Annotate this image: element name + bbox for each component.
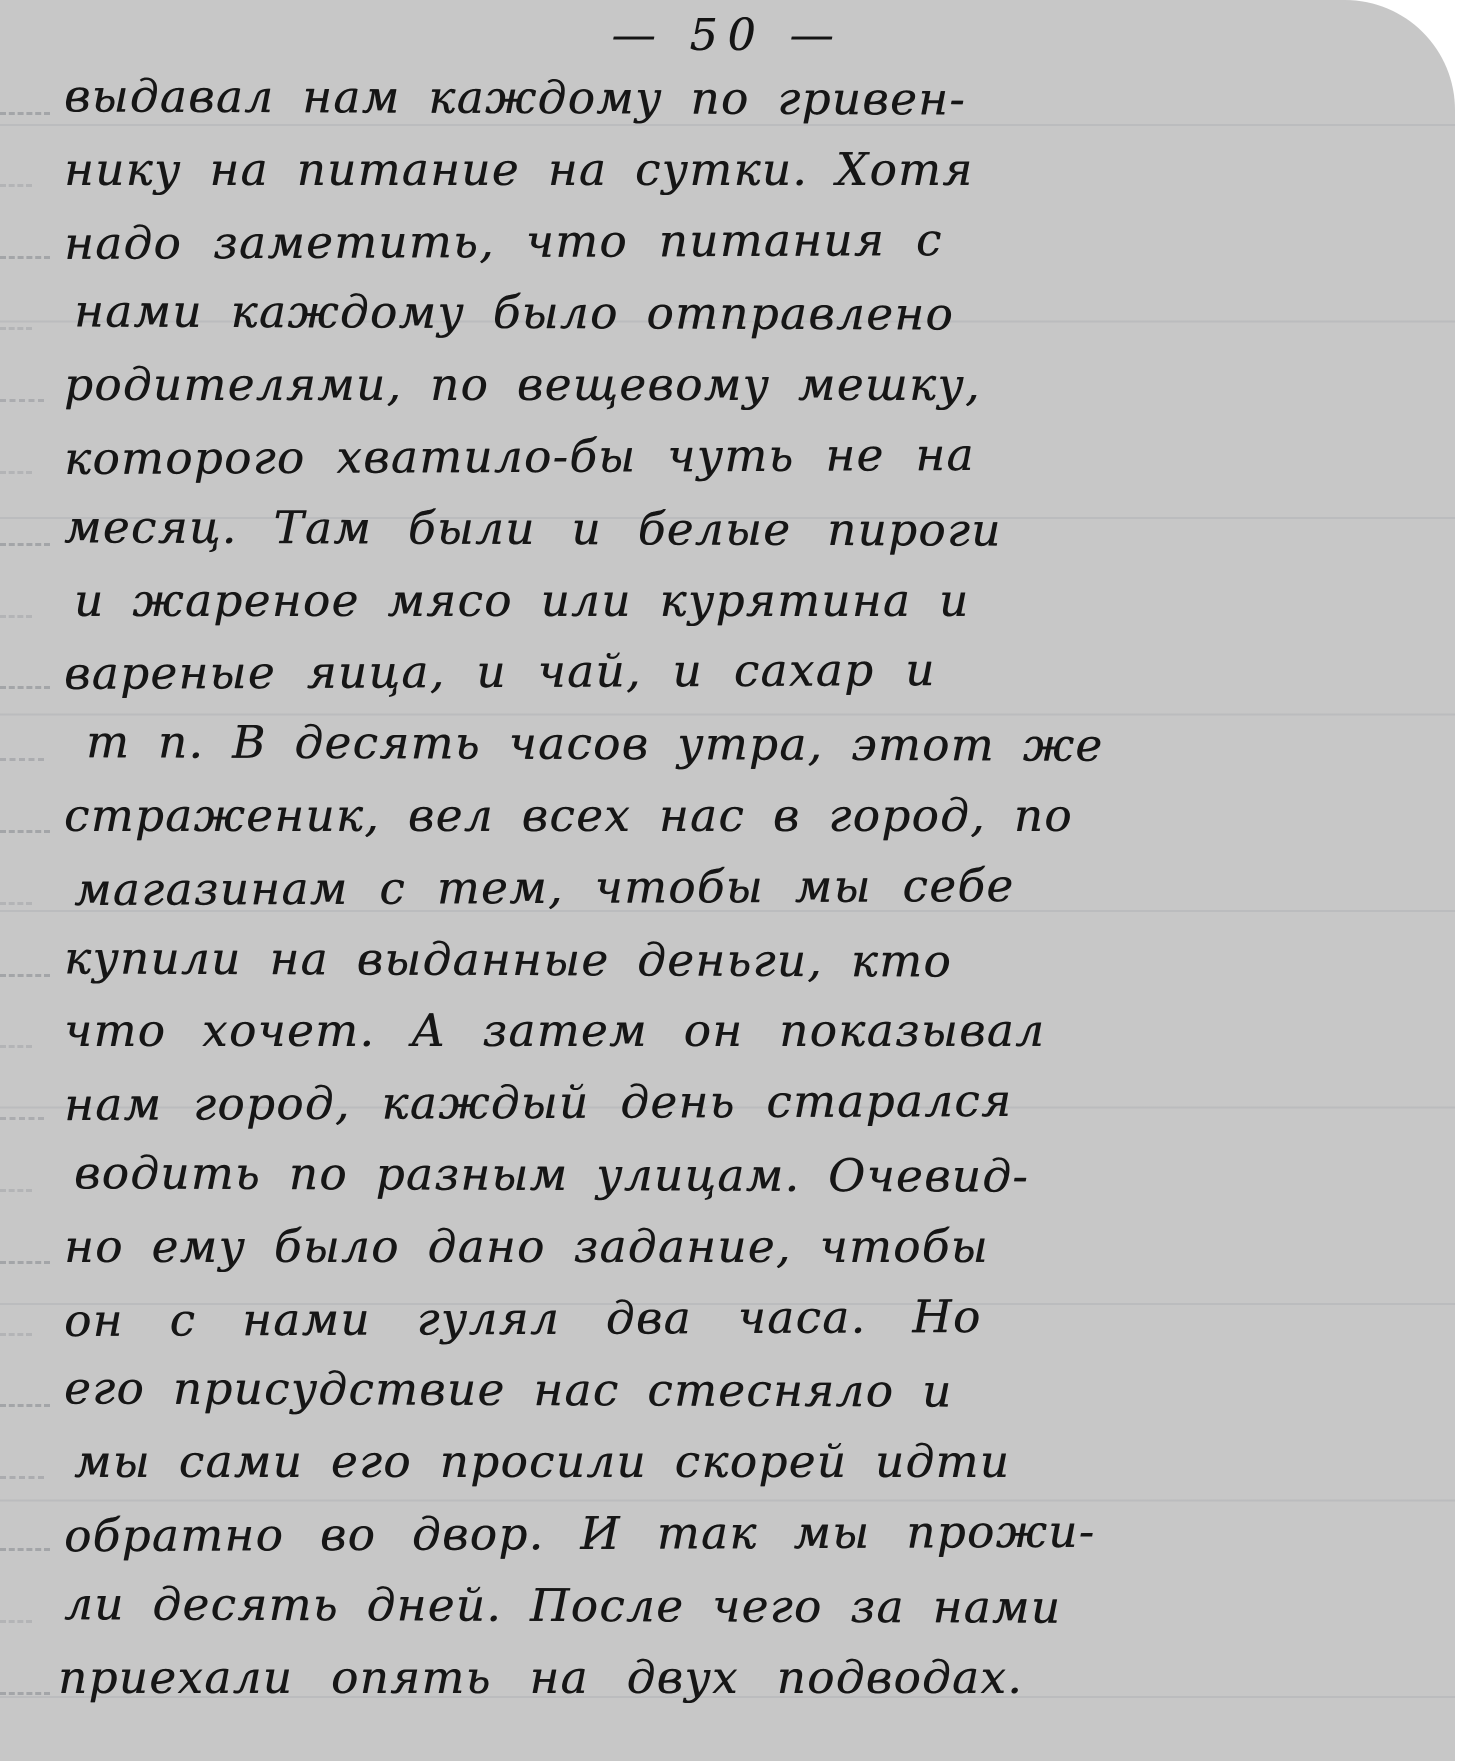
ruled-line-fragment bbox=[0, 471, 32, 474]
handwritten-line-text: обратно во двор. И так мы прожи- bbox=[64, 1496, 1096, 1572]
ruled-line-fragment bbox=[0, 974, 50, 977]
ruled-line-fragment bbox=[0, 543, 50, 546]
ruled-line-fragment bbox=[0, 1548, 50, 1551]
handwritten-line: купили на выданные деньги, кто bbox=[64, 924, 1437, 996]
handwritten-line-text: купили на выданные деньги, кто bbox=[64, 922, 952, 997]
ruled-line-fragment bbox=[0, 758, 44, 761]
ruled-line-fragment bbox=[0, 184, 32, 187]
ruled-line-fragment bbox=[0, 256, 50, 259]
handwritten-line-text: нам город, каждый день старался bbox=[64, 1065, 1013, 1141]
ruled-line-fragment bbox=[0, 1117, 44, 1120]
handwritten-line-text: родителями, по вещевому мешку, bbox=[64, 349, 981, 421]
ruled-line-fragment bbox=[0, 1045, 32, 1048]
handwritten-line: надо заметить, что питания с bbox=[64, 206, 1437, 278]
handwritten-line: т п. В десять часов утра, этот же bbox=[64, 708, 1437, 780]
ruled-line-fragment bbox=[0, 1476, 44, 1479]
handwritten-line: магазинам с тем, чтобы мы себе bbox=[64, 852, 1437, 924]
handwritten-line-text: мы сами его просили скорей идти bbox=[74, 1426, 1010, 1498]
handwritten-line-text: его присудствие нас стесняло и bbox=[64, 1353, 953, 1428]
handwritten-line: вареные яица, и чай, и сахар и bbox=[64, 636, 1437, 708]
handwritten-line: но ему было дано задание, чтобы bbox=[64, 1211, 1437, 1283]
handwritten-line: страженик, вел всех нас в город, по bbox=[64, 780, 1437, 852]
handwritten-line-text: магазинам с тем, чтобы мы себе bbox=[74, 850, 1015, 926]
handwritten-line: нам город, каждый день старался bbox=[64, 1067, 1437, 1139]
handwritten-line-text: водить по разным улицам. Очевид- bbox=[74, 1137, 1029, 1212]
ruled-line-fragment bbox=[0, 830, 50, 833]
handwritten-line-text: ли десять дней. После чего за нами bbox=[64, 1568, 1062, 1643]
ruled-line-fragment bbox=[0, 112, 50, 115]
handwritten-line-text: нами каждому было отправлено bbox=[74, 276, 954, 351]
handwritten-line-text: вареные яица, и чай, и сахар и bbox=[64, 634, 936, 710]
handwritten-line: выдавал нам каждому по гривен- bbox=[64, 62, 1437, 134]
handwritten-line-text: он с нами гулял два часа. Но bbox=[64, 1281, 982, 1357]
handwritten-line: обратно во двор. И так мы прожи- bbox=[64, 1498, 1437, 1570]
ruled-line-fragment bbox=[0, 327, 32, 330]
handwritten-line: месяц. Там были и белые пироги bbox=[64, 493, 1437, 565]
handwritten-line-text: выдавал нам каждому по гривен- bbox=[64, 60, 966, 135]
handwritten-line-text: и жареное мясо или курятина и bbox=[74, 565, 969, 637]
handwritten-line: он с нами гулял два часа. Но bbox=[64, 1283, 1437, 1355]
ruled-line-fragment bbox=[0, 1692, 50, 1695]
scan-edge-strip bbox=[1455, 0, 1477, 1761]
handwritten-line: которого хватило-бы чуть не на bbox=[64, 421, 1437, 493]
ruled-line-fragment bbox=[0, 1404, 50, 1407]
handwritten-line: что хочет. А затем он показывал bbox=[64, 995, 1437, 1067]
handwritten-line-text: нику на питание на сутки. Хотя bbox=[64, 134, 974, 206]
ruled-line-fragment bbox=[0, 902, 32, 905]
handwritten-line-text: страженик, вел всех нас в город, по bbox=[64, 780, 1073, 852]
handwritten-line-text: приехали опять на двух подводах. bbox=[58, 1642, 1023, 1714]
handwritten-text-block: выдавал нам каждому по гривен-нику на пи… bbox=[64, 62, 1437, 1713]
handwritten-line: и жареное мясо или курятина и bbox=[64, 565, 1437, 637]
handwritten-line-text: надо заметить, что питания с bbox=[64, 204, 943, 280]
ruled-line-fragment bbox=[0, 1620, 32, 1623]
handwritten-line: приехали опять на двух подводах. bbox=[64, 1642, 1437, 1714]
handwritten-line: водить по разным улицам. Очевид- bbox=[64, 1139, 1437, 1211]
handwritten-line: ли десять дней. После чего за нами bbox=[64, 1570, 1437, 1642]
manuscript-page: — 50 — выдавал нам каждому по гривен-ник… bbox=[0, 0, 1455, 1761]
ruled-line-fragment bbox=[0, 1261, 50, 1264]
handwritten-line: нику на питание на сутки. Хотя bbox=[64, 134, 1437, 206]
handwritten-line-text: месяц. Там были и белые пироги bbox=[64, 491, 1002, 566]
ruled-line-fragment bbox=[0, 686, 50, 689]
handwritten-line-text: но ему было дано задание, чтобы bbox=[64, 1211, 989, 1283]
ruled-line-fragment bbox=[0, 399, 44, 402]
handwritten-line-text: что хочет. А затем он показывал bbox=[64, 995, 1045, 1067]
handwritten-line-text: которого хватило-бы чуть не на bbox=[64, 419, 975, 495]
page-number: — 50 — bbox=[0, 10, 1455, 61]
handwritten-line: мы сами его просили скорей идти bbox=[64, 1426, 1437, 1498]
ruled-line-fragment bbox=[0, 1333, 32, 1336]
handwritten-line: его присудствие нас стесняло и bbox=[64, 1354, 1437, 1426]
handwritten-line-text: т п. В десять часов утра, этот же bbox=[86, 706, 1104, 781]
handwritten-line: родителями, по вещевому мешку, bbox=[64, 349, 1437, 421]
handwritten-line: нами каждому было отправлено bbox=[64, 277, 1437, 349]
ruled-line-fragment bbox=[0, 615, 32, 618]
ruled-line-fragment bbox=[0, 1189, 32, 1192]
